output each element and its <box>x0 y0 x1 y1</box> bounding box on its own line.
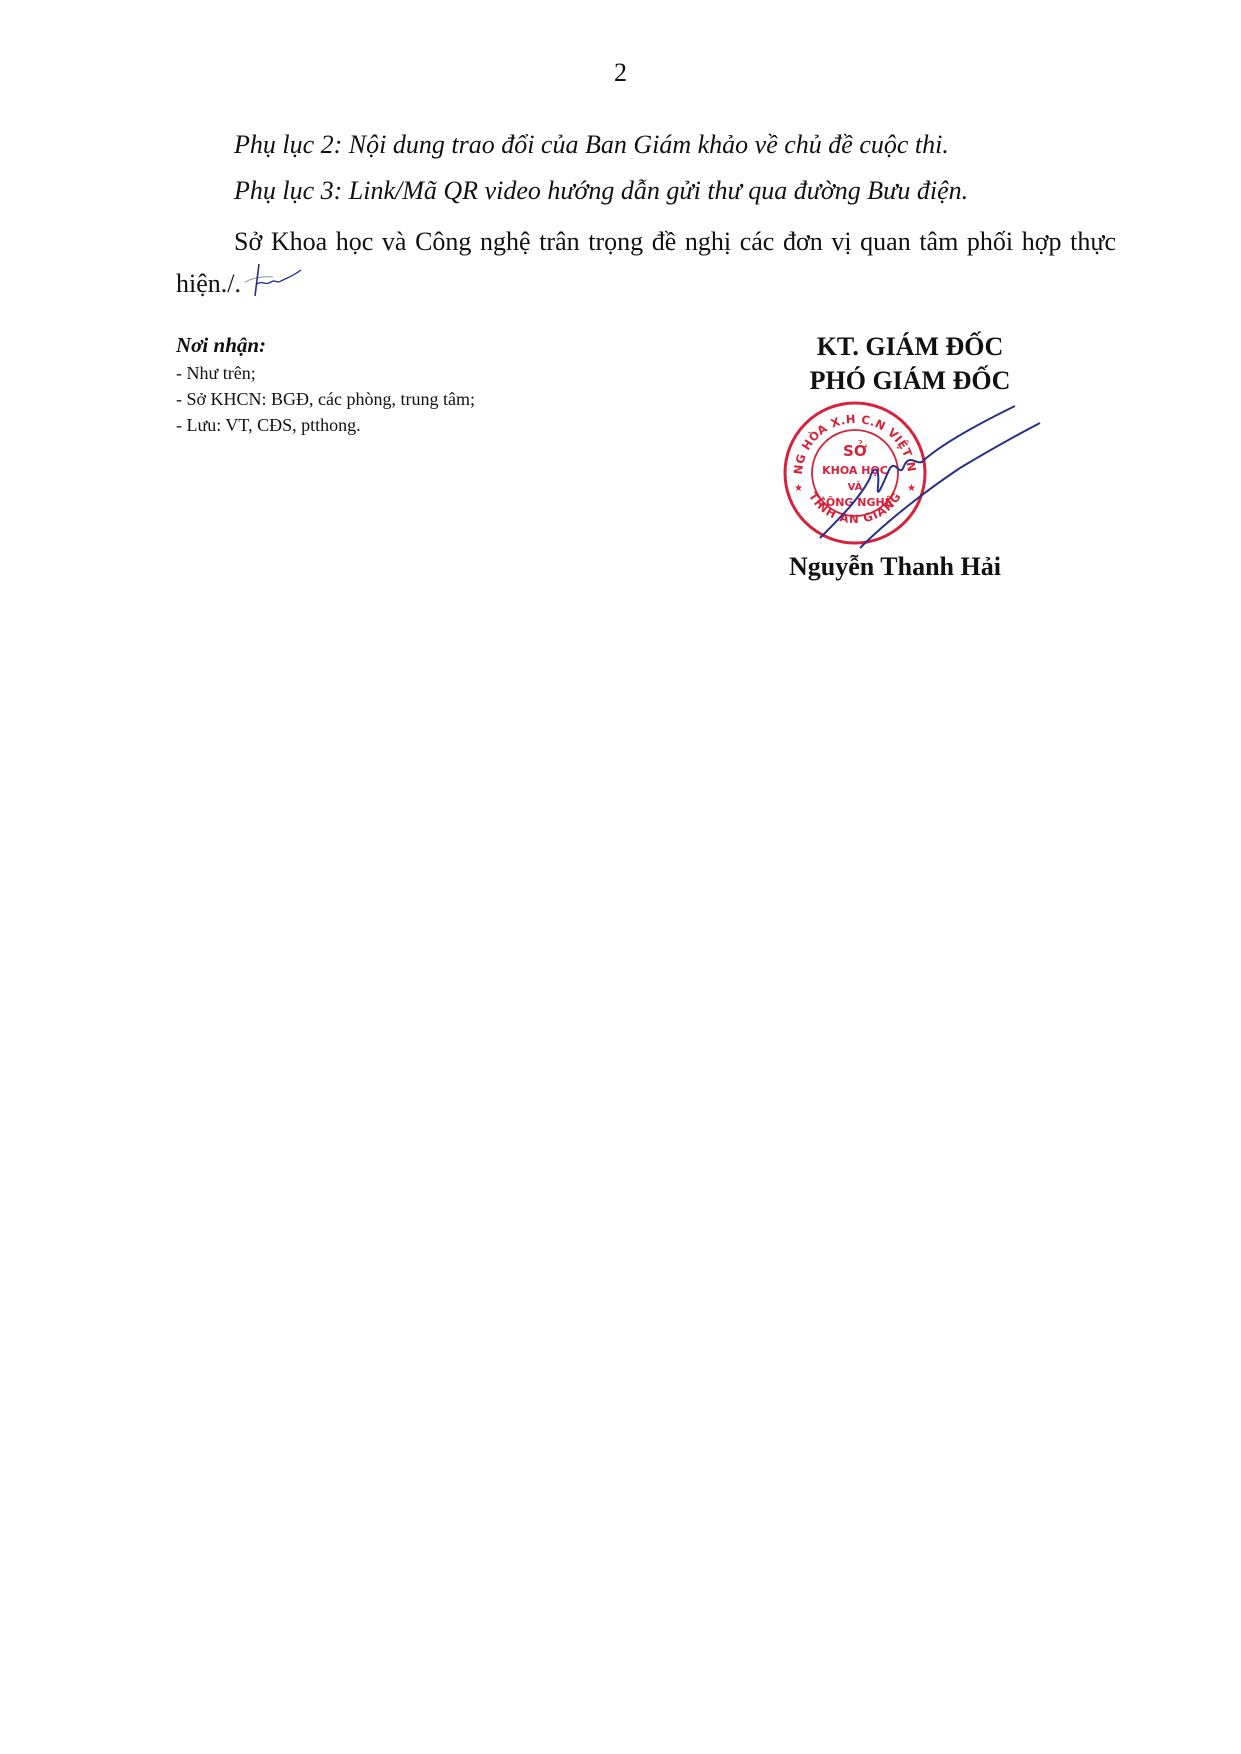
closing-paragraph: Sở Khoa học và Công nghệ trân trọng đề n… <box>176 221 1116 305</box>
recipients-block: Nơi nhận: - Như trên; - Sở KHCN: BGĐ, cá… <box>176 333 475 438</box>
signature-block: KT. GIÁM ĐỐC PHÓ GIÁM ĐỐC CỘNG HÒA X.H C… <box>780 330 1040 582</box>
signature-title-line1: KT. GIÁM ĐỐC <box>780 330 1040 364</box>
closing-text: Sở Khoa học và Công nghệ trân trọng đề n… <box>176 227 1116 298</box>
recipients-title: Nơi nhận: <box>176 333 475 358</box>
appendix-3-line: Phụ lục 3: Link/Mã QR video hướng dẫn gử… <box>234 174 1174 208</box>
initial-signature-icon <box>243 262 303 298</box>
recipient-item: - Như trên; <box>176 360 475 386</box>
recipient-item: - Lưu: VT, CĐS, ptthong. <box>176 412 475 438</box>
page-number: 2 <box>0 58 1241 88</box>
recipient-item: - Sở KHCN: BGĐ, các phòng, trung tâm; <box>176 386 475 412</box>
appendix-2-line: Phụ lục 2: Nội dung trao đổi của Ban Giá… <box>234 128 1174 162</box>
stamp-area: CỘNG HÒA X.H C.N VIỆT NAM TỈNH AN GIANG … <box>780 398 1040 548</box>
handwritten-signature-icon <box>800 368 1060 558</box>
